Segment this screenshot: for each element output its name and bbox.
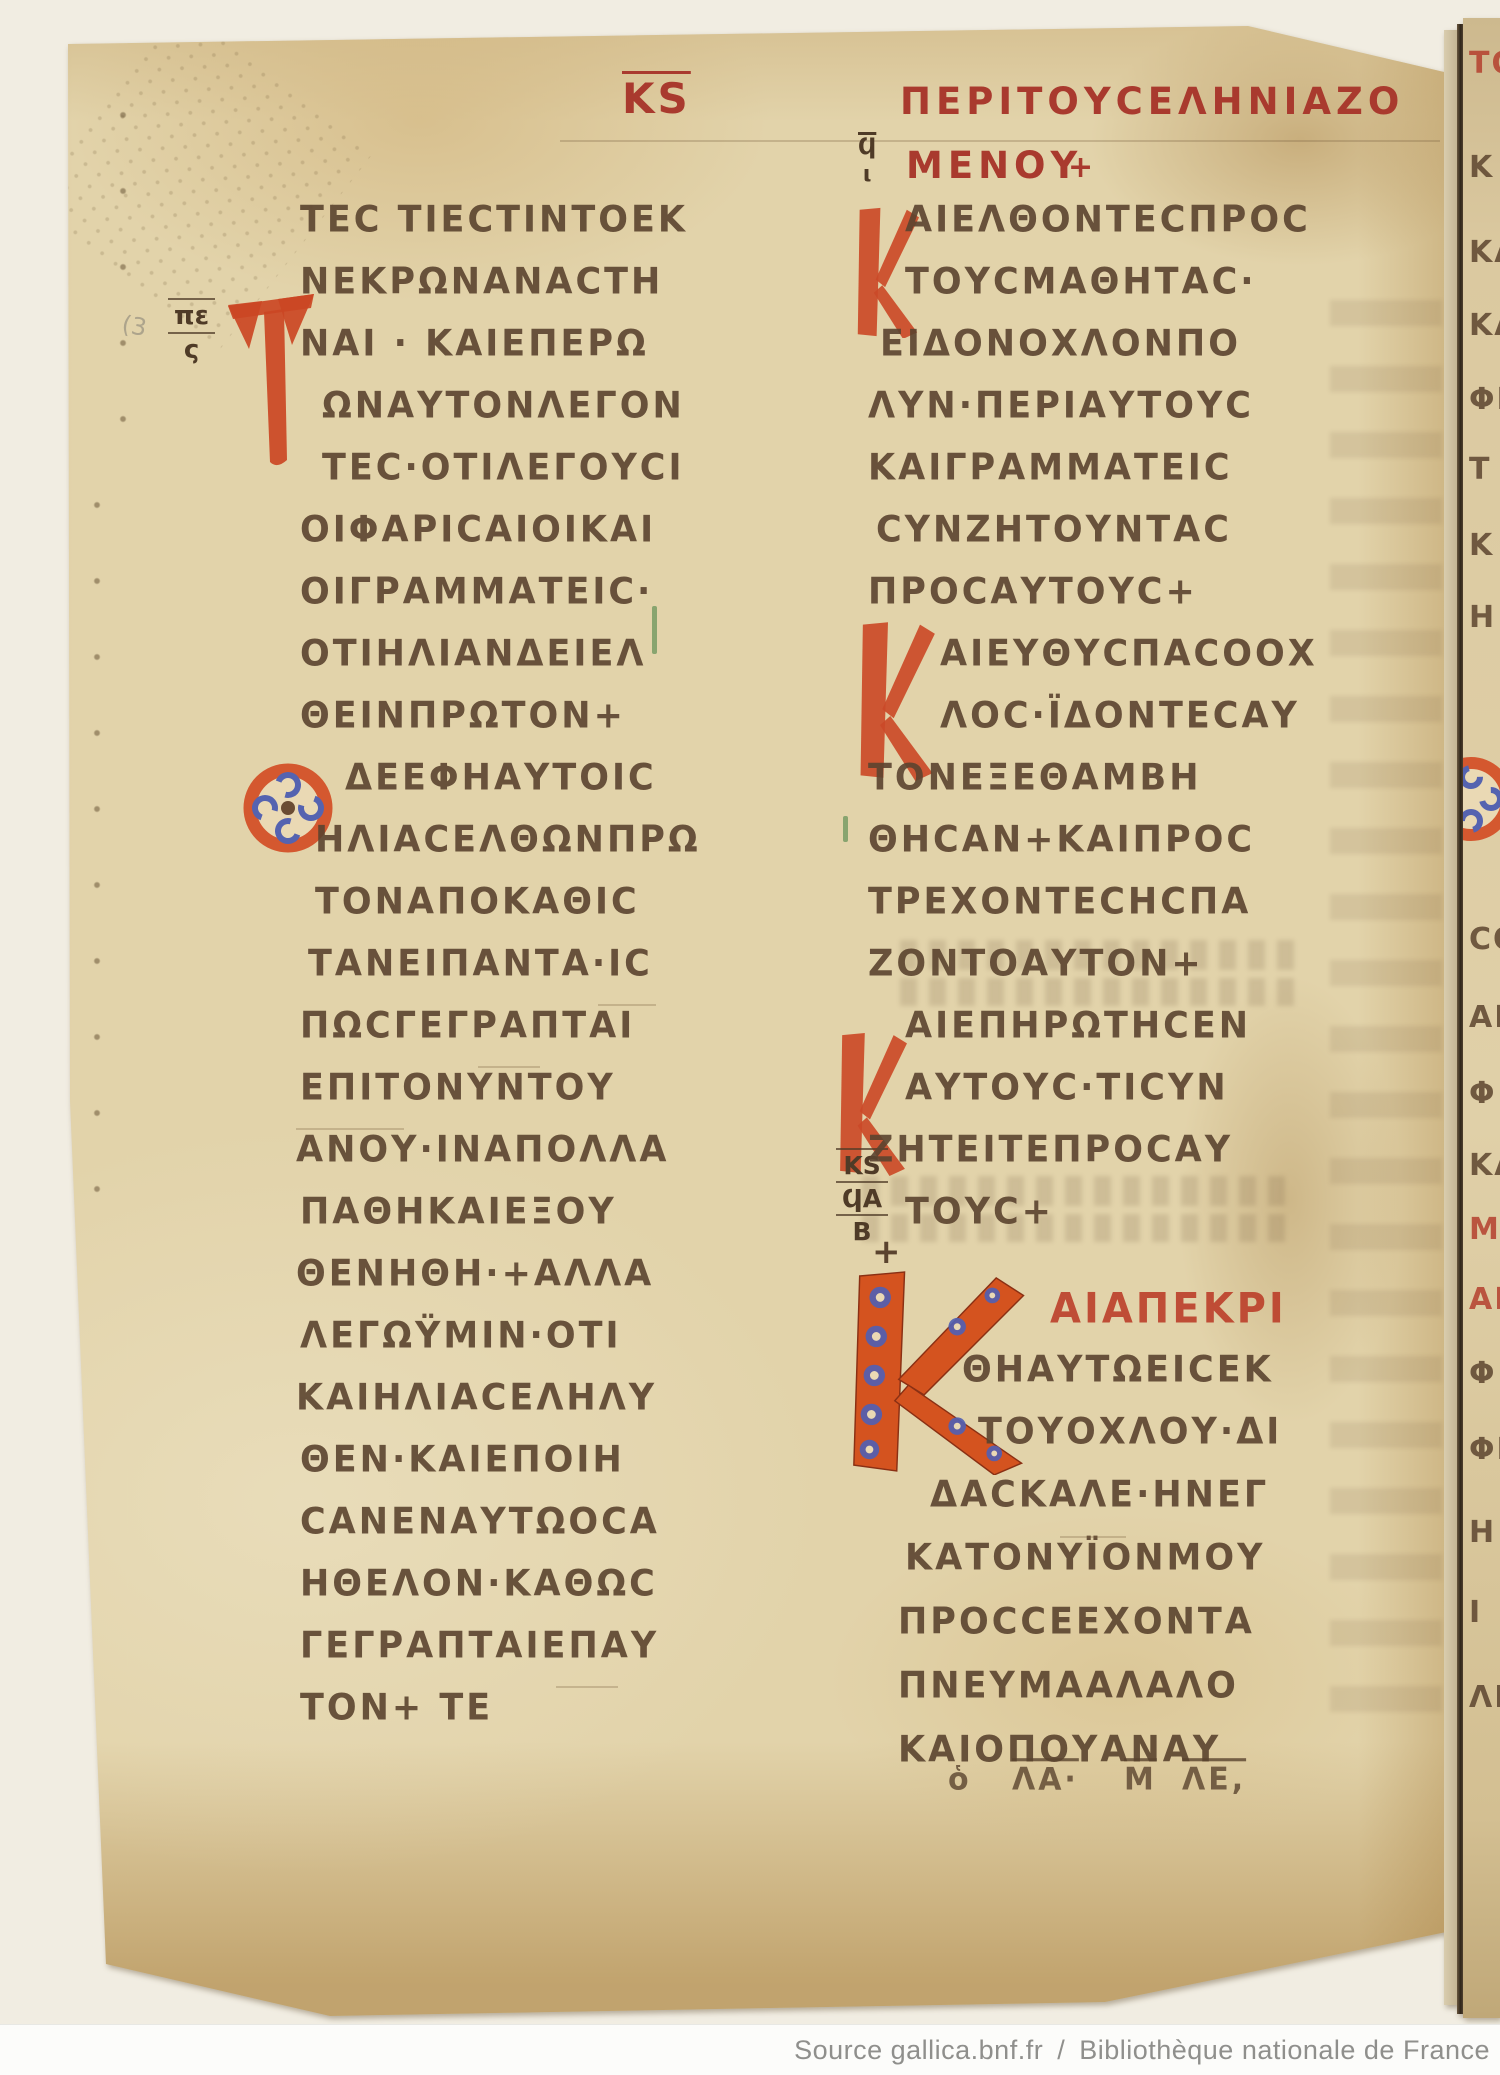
text-line: ΕΠΙΤΟΝΥΝΤΟΥ: [300, 1067, 616, 1109]
gallica-scan-viewport: ΚS ΠΕΡΙΤΟΥCΕΛΗΝΙΑΖΟ ΜΕΝΟΥ + (3 πε ς: [0, 0, 1500, 2075]
footer-note-token: ὁ: [948, 1761, 972, 1797]
drop-initial-tau: [226, 292, 318, 476]
text-line: ΠΑΘΗΚΑΙΕΞΟΥ: [300, 1191, 617, 1233]
rubric-title-line2: ΜΕΝΟΥ: [906, 144, 1082, 187]
page-fragment: Κ: [1469, 150, 1494, 185]
text-line: ΟΤΙΗΛΙΑΝΔΕΙΕΛ: [300, 633, 646, 675]
nomen-sacrum-bar: [296, 1128, 404, 1130]
next-page-edge: ΤΟ Κ ΚΑ ΚΑΙ ΦΗ Τ Κ Η CΟ ΑΚ Φ ΚΑΙ ΜΑ ΑΝ Φ…: [1463, 18, 1500, 2018]
drop-initial-tau-glyph: [226, 292, 318, 472]
page-fragment: Φ: [1469, 1076, 1497, 1111]
text-line: ΤΕC ΤΙΕCΤΙΝΤΟΕΚ: [300, 199, 688, 241]
text-line: ΤΕC·ΟΤΙΛΕΓΟΥCΙ: [322, 447, 685, 489]
text-line: ΑΙΕΠΗΡΩΤΗCΕΝ: [905, 1005, 1251, 1047]
page-fragment: ΑΚ: [1469, 1000, 1500, 1035]
text-line: ΟΙΓΡΑΜΜΑΤΕΙC·: [300, 571, 653, 613]
footer-note-token: Μ: [1124, 1761, 1157, 1797]
page-fragment: ΛΕ: [1469, 1680, 1500, 1715]
text-line: ΤΟΥC+: [905, 1191, 1054, 1233]
footer-note-token: ΛΑ·: [1012, 1761, 1079, 1797]
text-line: ΛΟC·ΪΔΟΝΤΕCΑΥ: [940, 695, 1300, 737]
text-line: ΤΟΝΕΞΕΘΑΜΒΗ: [868, 757, 1202, 799]
footer-note-token: ΛΕ,: [1182, 1761, 1246, 1797]
red-text-line: ΑΙΑΠΕΚΡΙ: [1050, 1285, 1287, 1333]
page-fragment: ΤΟ: [1469, 46, 1500, 81]
text-line: ΘΕΝΗΘΗ·+ΑΛΛΑ: [296, 1253, 654, 1295]
lection-marker-bottom: ς: [168, 334, 215, 366]
manuscript-photo: ΚS ΠΕΡΙΤΟΥCΕΛΗΝΙΑΖΟ ΜΕΝΟΥ + (3 πε ς: [0, 0, 1500, 2025]
text-line: ΘΗCΑΝ+ΚΑΙΠΡΟC: [868, 819, 1255, 861]
text-line: ΩΝΑΥΤΟΝΛΕΓΟΝ: [322, 385, 685, 427]
text-line: ΤΡΕΧΟΝΤΕCΗCΠΑ: [868, 881, 1251, 923]
text-line: ΑΝΟΥ·ΙΝΑΠΟΛΛΑ: [296, 1129, 669, 1171]
page-fragment: ΑΝ: [1469, 1282, 1500, 1317]
rubric-end-cross-icon: +: [1068, 150, 1093, 185]
green-pigment-mark: [843, 816, 848, 842]
ruling-line: [560, 140, 1440, 142]
nomen-sacrum-bar: [598, 1004, 656, 1006]
text-line: ΔΑCΚΑΛΕ·ΗΝΕΓ: [930, 1474, 1269, 1516]
text-line: ΤΑΝΕΙΠΑΝΤΑ·ΙC: [308, 943, 653, 985]
text-line: ΑΥΤΟΥC·ΤΙCΥΝ: [905, 1067, 1229, 1109]
text-line: ΝΕΚΡΩΝΑΝΑCΤΗ: [300, 261, 663, 303]
page-fragment: Ι: [1469, 1595, 1482, 1630]
text-line: ΚΑΙΗΛΙΑCΕΛΗΛΥ: [296, 1377, 657, 1419]
text-line: ΤΟΥCΜΑΘΗΤΑC·: [905, 261, 1257, 303]
page-fragment: ΜΑ: [1469, 1212, 1500, 1247]
text-line: ΕΙΔΟΝΟΧΛΟΝΠΟ: [880, 323, 1241, 365]
green-pigment-mark: [652, 606, 657, 654]
marginal-gloss-top: Ϥ: [852, 134, 882, 161]
attribution-institution: Bibliothèque nationale de France: [1079, 2035, 1490, 2066]
text-line: CΥΝΖΗΤΟΥΝΤΑC: [876, 509, 1232, 551]
text-line: ΠΡΟCCΕΕΧΟΝΤΑ: [898, 1601, 1255, 1643]
marginal-cross-icon: +: [872, 1232, 901, 1272]
page-fore-edge: [1444, 30, 1458, 2005]
page-fragment: ΚΑΙ: [1469, 1148, 1500, 1183]
text-line: ΑΙΕΥΘΥCΠΑCΟΟΧ: [940, 633, 1318, 675]
prick-marks-upper: [118, 110, 130, 480]
text-line: ΑΙΕΛΘΟΝΤΕCΠΡΟC: [905, 199, 1311, 241]
text-line: ΖΗΤΕΙΤΕΠΡΟCΑΥ: [868, 1129, 1233, 1171]
page-fragment: ΦΗ: [1469, 382, 1500, 417]
text-line: ΖΟΝΤΟΑΥΤΟΝ+: [868, 943, 1204, 985]
rubric-title-line1: ΠΕΡΙΤΟΥCΕΛΗΝΙΑΖΟ: [900, 80, 1404, 123]
telos-bar: [556, 1686, 618, 1688]
attribution-bar: Source gallica.bnf.fr / Bibliothèque nat…: [0, 2024, 1500, 2075]
text-line: ΛΕΓΩΫΜΙΝ·ΟΤΙ: [300, 1315, 622, 1357]
text-line: ΚΑΤΟΝΥΪΟΝΜΟΥ: [905, 1537, 1265, 1579]
text-line: ΘΗΑΥΤΩΕΙCΕΚ: [962, 1349, 1274, 1391]
marginal-gloss-bottom: ι: [852, 161, 882, 188]
nomen-sacrum-bar: [478, 1066, 540, 1068]
chapter-number-siglum: ΚS: [622, 74, 691, 123]
opposite-page-showthrough: [1330, 300, 1442, 1730]
text-line: ΠΡΟCΑΥΤΟΥC+: [868, 571, 1198, 613]
page-fragment: ΦΗ: [1469, 1432, 1500, 1467]
text-line: ΝΑΙ · ΚΑΙΕΠΕΡΩ: [300, 323, 649, 365]
page-fragment: Τ: [1469, 452, 1491, 487]
eusebian-section: ϤΑ: [836, 1183, 888, 1216]
attribution-source: Source gallica.bnf.fr: [794, 2035, 1043, 2066]
page-fragment: CΟ: [1469, 922, 1500, 957]
text-line: ΓΕΓΡΑΠΤΑΙΕΠΑΥ: [300, 1625, 659, 1667]
page-fragment: Η: [1469, 600, 1496, 635]
text-line: ΔΕΕΦΗΑΥΤΟΙC: [345, 757, 657, 799]
page-fragment: ΚΑΙ: [1469, 308, 1500, 343]
text-line: ΤΟΥΟΧΛΟΥ·ΔΙ: [978, 1411, 1282, 1453]
text-line: ΛΥΝ·ΠΕΡΙΑΥΤΟΥC: [868, 385, 1254, 427]
page-fragment: Κ: [1469, 528, 1494, 563]
next-page-rosette-icon: [1463, 753, 1500, 845]
text-line: CΑΝΕΝΑΥΤΩΟCΑ: [300, 1501, 660, 1543]
text-line: ΟΙΦΑΡΙCΑΙΟΙΚΑΙ: [300, 509, 656, 551]
page-fragment: ΚΑ: [1469, 235, 1500, 270]
prick-marks-lower: [92, 500, 104, 1220]
text-line: ΤΟΝ+ ΤΕ: [300, 1687, 493, 1729]
text-line: ΘΕΙΝΠΡΩΤΟΝ+: [300, 695, 626, 737]
text-line: ΤΟΝΑΠΟΚΑΘΙC: [315, 881, 640, 923]
text-line: ΗΘΕΛΟΝ·ΚΑΘΩC: [300, 1563, 658, 1605]
nomen-sacrum-bar: [1060, 1536, 1126, 1538]
lection-marker-top: πε: [168, 300, 215, 334]
text-line: ΠΝΕΥΜΑΑΛΑΛΟ: [898, 1665, 1239, 1707]
lection-marker: πε ς: [168, 298, 215, 366]
text-line: ΗΛΙΑCΕΛΘΩΝΠΡΩ: [315, 819, 701, 861]
page-fragment: Φ: [1469, 1356, 1497, 1391]
attribution-separator: /: [1057, 2035, 1065, 2066]
text-line: ΚΑΙΓΡΑΜΜΑΤΕΙC: [868, 447, 1233, 489]
text-line: ΠΩCΓΕΓΡΑΠΤΑΙ: [300, 1005, 635, 1047]
pencil-foliation: (3: [120, 310, 149, 342]
text-line: ΘΕΝ·ΚΑΙΕΠΟΙΗ: [300, 1439, 625, 1481]
marginal-gloss: Ϥ ι: [852, 134, 882, 188]
page-fragment: Η: [1469, 1515, 1496, 1550]
manuscript-page: ΚS ΠΕΡΙΤΟΥCΕΛΗΝΙΑΖΟ ΜΕΝΟΥ + (3 πε ς: [0, 0, 1460, 2025]
